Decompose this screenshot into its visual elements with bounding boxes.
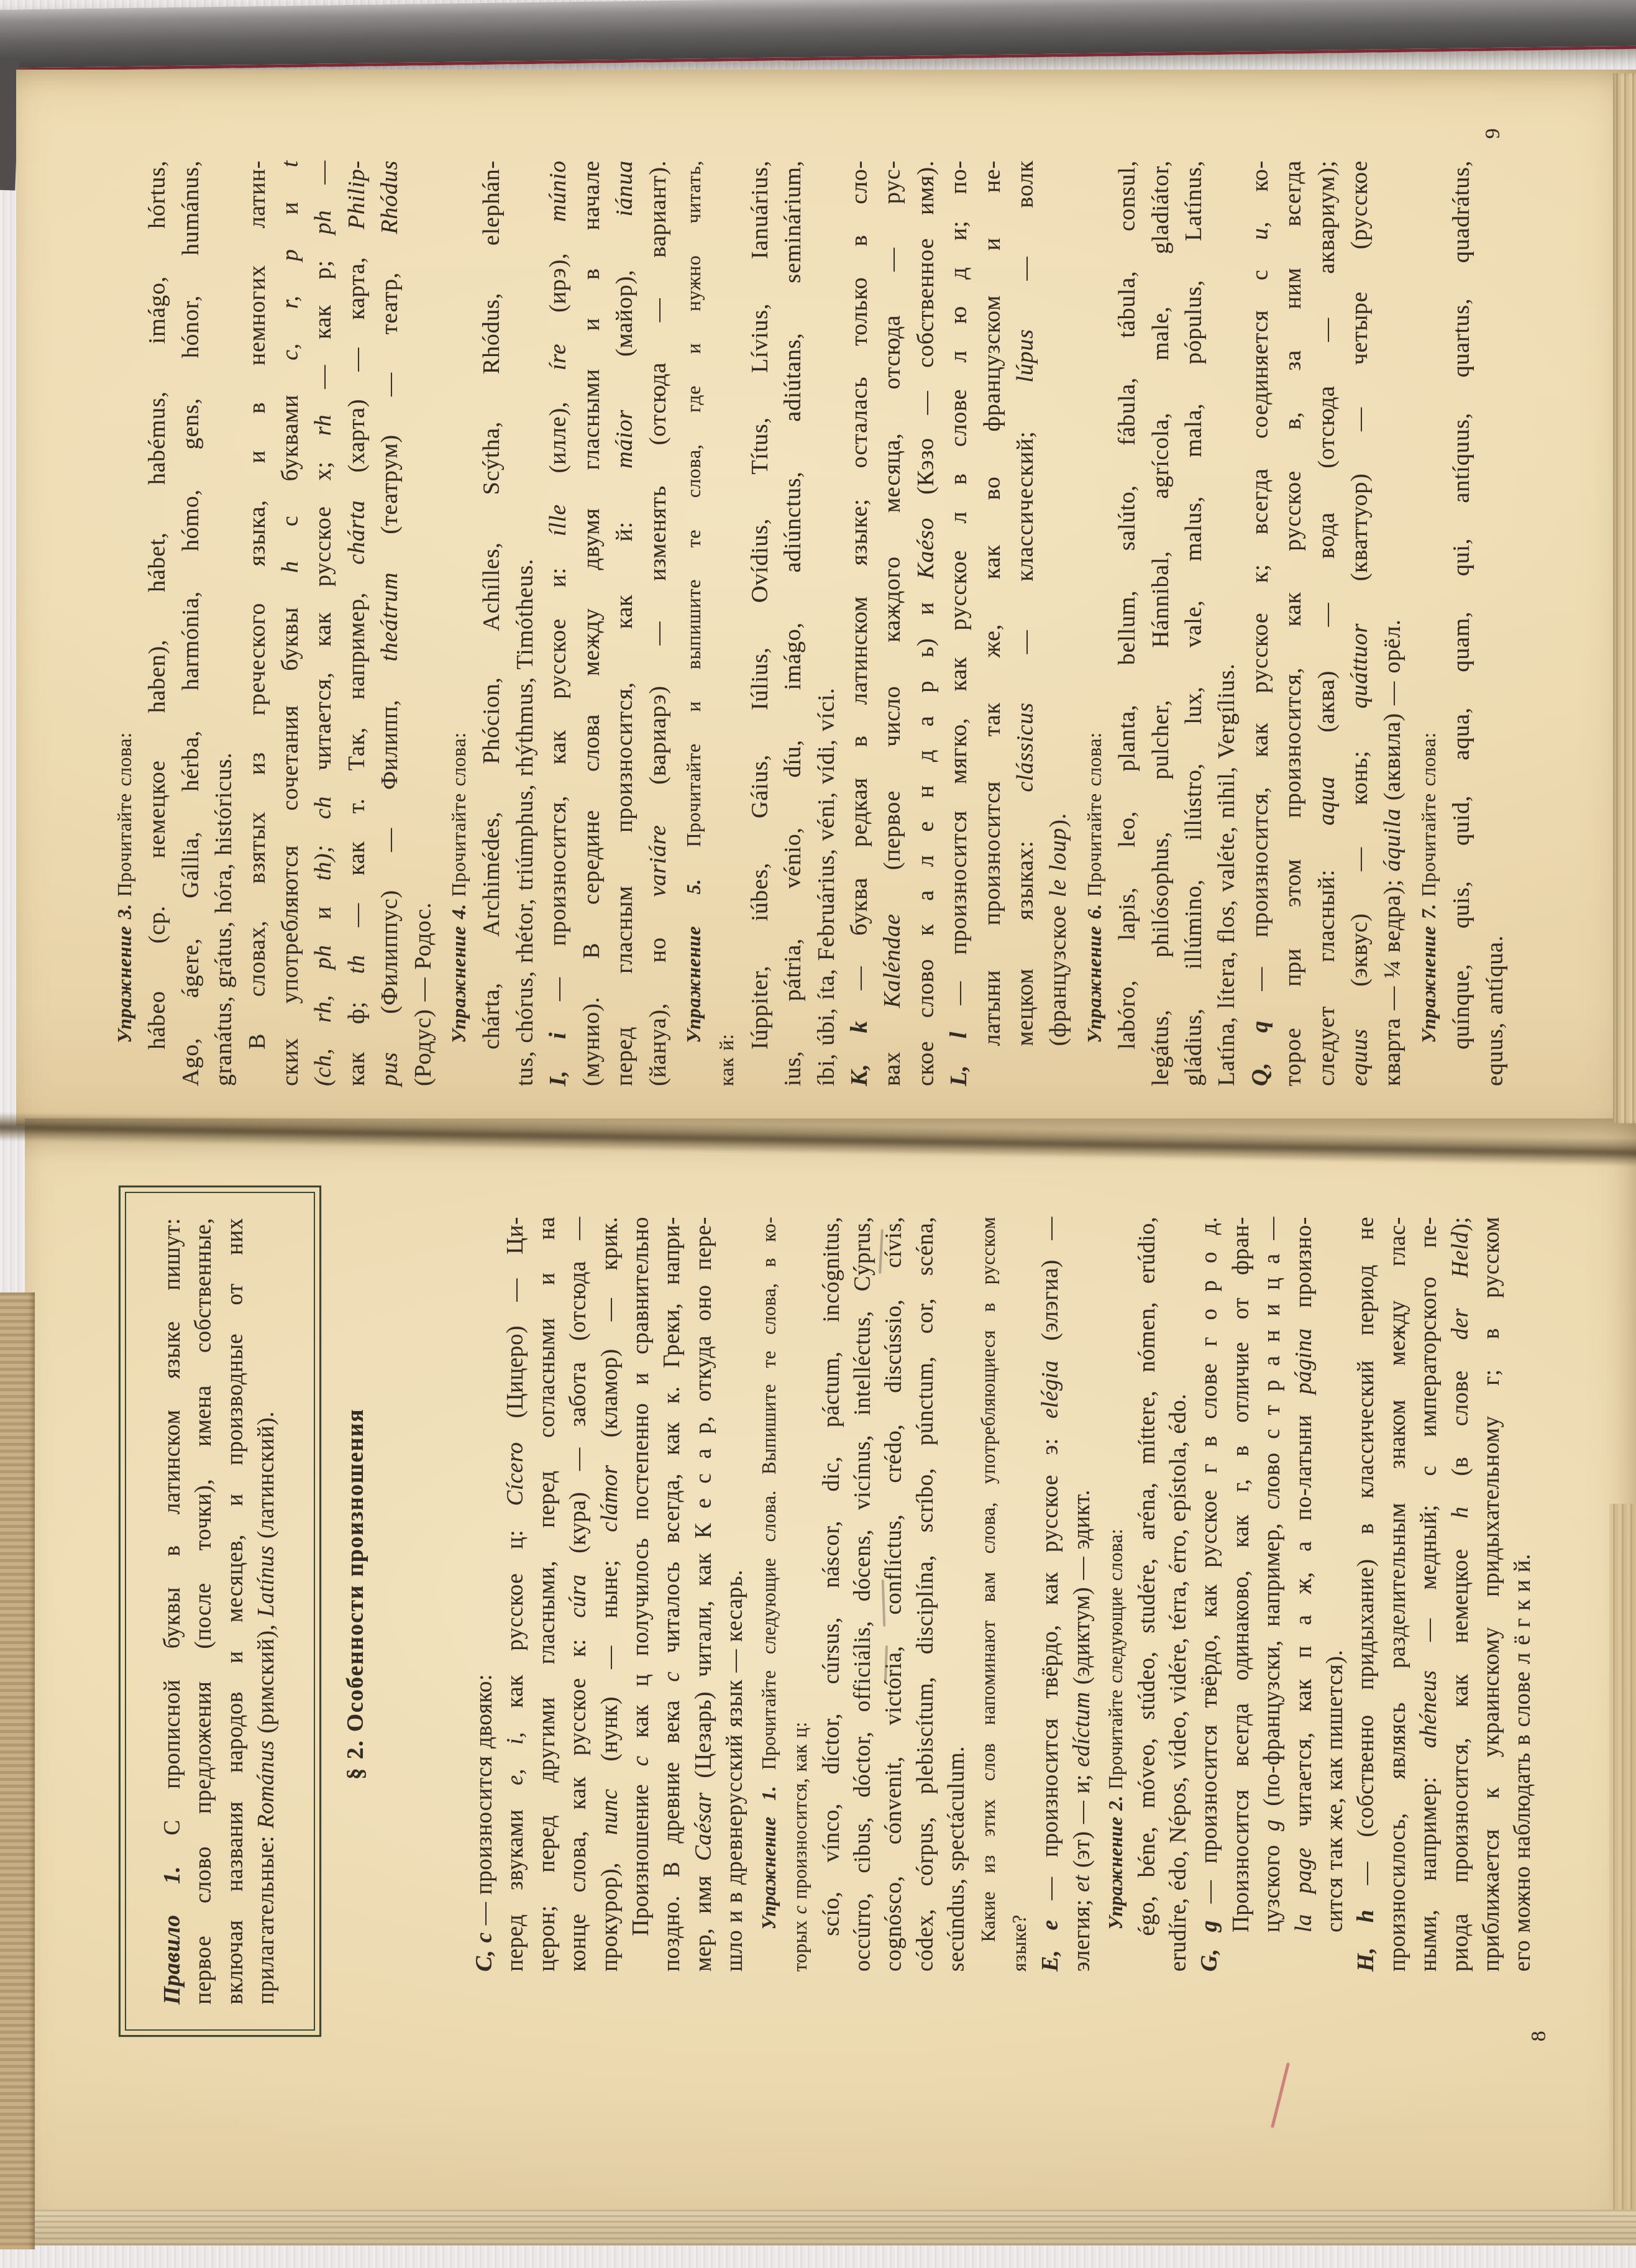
text-line: торых c произносится, как ц: <box>785 1217 816 1972</box>
text-line: ными, например: ahéneus — медный; с импе… <box>1414 1217 1445 1972</box>
text-line: Iúppiter, iúbes, Gáius, Iúlius, Ovídius,… <box>744 160 777 1086</box>
text-line: В словах, взятых из греческого языка, и … <box>241 160 274 1086</box>
text-line: мер, имя Caésar (Цезарь) читали, как К е… <box>688 1217 720 1972</box>
text-line: шло и в древнерусский язык — кесарь. <box>720 1217 751 1972</box>
text-line: латыни произносится так же, как во франц… <box>976 160 1009 1086</box>
text-line: E, e — произносится твёрдо, как русское … <box>1035 1217 1066 1972</box>
text-line: Упражнение 7. Прочитайте слова: <box>1412 160 1445 1086</box>
text-line: Упражнение 4. Прочитайте слова: <box>442 160 475 1086</box>
page-9-text-block: Упражнение 3. Прочитайте слова:hábeo (ср… <box>106 160 1535 1086</box>
text-line: Правило 1. С прописной буквы в латинском… <box>157 1218 188 2005</box>
page-8-text-block: Правило 1. С прописной буквы в латинском… <box>115 1217 1581 1972</box>
text-line: включая названия народов и месяцев, и пр… <box>220 1218 251 2005</box>
text-line: Упражнение 5. Прочитайте и выпишите те с… <box>677 160 710 1086</box>
text-line: риода произносится, как немецкое h (в сл… <box>1445 1217 1476 1972</box>
text-line: íbi, úbi, íta, Februárius, véni, vídi, v… <box>810 160 843 1086</box>
photo-of-open-book: { "colors": { "paper": "#ecd9ae", "ink":… <box>0 0 1636 2268</box>
text-line: erudíre, édo, Népos, vídeo, vidére, térr… <box>1163 1217 1194 1972</box>
text-line: equus (эквус) — конь; quáttuor (кваттуор… <box>1343 160 1376 1086</box>
text-line: Упражнение 3. Прочитайте слова: <box>108 160 141 1086</box>
text-line: элегия; et (эт) — и; edíctum (эдиктум) —… <box>1067 1217 1098 1972</box>
text-line: H, h — (собственно придыхание) в классич… <box>1351 1217 1382 1972</box>
text-line: конце слова, как русское к: cúra (кура) … <box>563 1217 594 1972</box>
rule-1-box-inner: Правило 1. С прописной буквы в латинском… <box>125 1192 315 2031</box>
text-line: códex, córpus, plebiscítum, disciplína, … <box>910 1217 941 1972</box>
text-line: Ago, ágere, Gállia, hérba, harmónia, hóm… <box>175 160 208 1086</box>
text-line: equus, antíqua. <box>1479 160 1512 1086</box>
text-line: chárta, Archimédes, Phócion, Achílles, S… <box>475 160 508 1086</box>
text-line: Упражнение 2. Прочитайте следующие слова… <box>1100 1217 1131 1972</box>
text-line: следует гласный: aqua (аква) — вода (отс… <box>1310 160 1343 1086</box>
text-line: как й: <box>710 160 743 1086</box>
text-line: прилагательные: Románus (римский), Latín… <box>251 1218 282 2005</box>
text-line: hábeo (ср. немецкое haben), hábet, habém… <box>141 160 174 1086</box>
text-line: K, k — буква редкая в латинском языке; о… <box>843 160 876 1086</box>
text-line: Какие из этих слов напоминают вам слова,… <box>973 1217 1004 1972</box>
text-line: secúndus, spectáculum. <box>941 1217 972 1972</box>
text-line: поздно. В древние века c читалось всегда… <box>657 1217 688 1972</box>
text-line: первое слово предложения (после точки), … <box>188 1218 219 2005</box>
text-line: Упражнение 6. Прочитайте слова: <box>1078 160 1111 1086</box>
text-line: Q, q — произносится, как русское к; всег… <box>1244 160 1277 1086</box>
text-line: la page читается, как п а ж, а по-латыни… <box>1289 1217 1320 1972</box>
rule-1-box: Правило 1. С прописной буквы в латинском… <box>119 1186 321 2037</box>
text-line: I, i — произносится, как русское и: ílle… <box>542 160 575 1086</box>
text-line: цузского g (по-французски, например, сло… <box>1257 1217 1288 1972</box>
text-line: торое при этом произносится, как русское… <box>1277 160 1310 1086</box>
book-bottom-edge <box>35 2210 1636 2246</box>
text-line: сится так же, как пишется). <box>1320 1217 1351 1972</box>
text-line: вах Kaléndae (первое число каждого месяц… <box>876 160 909 1086</box>
text-line: произносилось, являясь разделительным зн… <box>1382 1217 1414 1972</box>
text-line: L, l — произносится мягко, как русское л… <box>943 160 976 1086</box>
text-line: quínque, quis, quid, aqua, quam, qui, an… <box>1445 160 1478 1086</box>
text-line: перед звуками e, i, как русское ц: Cícer… <box>500 1217 531 1972</box>
text-line: § 2. Особенности произношения <box>340 1217 371 1972</box>
text-line: (Родус) — Родос. <box>407 160 440 1086</box>
text-line: Произносится всегда одинаково, как г, в … <box>1226 1217 1257 1972</box>
text-line: церон; перед другими гласными, перед сог… <box>532 1217 563 1972</box>
page-number-9: 9 <box>1478 118 1509 149</box>
text-line: перед гласным произносится, как й: máior… <box>608 160 641 1086</box>
text-line: языке? <box>1004 1217 1035 1972</box>
text-line: его можно наблюдать в слове л ё г к и й. <box>1507 1217 1538 1972</box>
text-line: tus, chórus, rhétor, triúmphus, rhýthmus… <box>509 160 542 1086</box>
text-line: кварта — ¼ ведра); áquila (аквила) — орё… <box>1376 160 1409 1086</box>
text-line: Упражнение 1. Прочитайте следующие слова… <box>754 1217 785 1972</box>
text-line: приближается к украинскому придыхательно… <box>1476 1217 1507 1972</box>
text-line: pus (Филиппус) — Филипп, theátrum (театр… <box>373 160 406 1086</box>
book-cover-top-edge <box>0 0 1636 71</box>
text-line: gládius, illúmino, illústro, lux, vale, … <box>1177 160 1210 1086</box>
text-line: granátus, grátus, hóra, históricus. <box>208 160 240 1086</box>
text-line: C, c — произносится двояко: <box>469 1217 500 1972</box>
page-fore-edge-bottom <box>1609 1504 1636 2237</box>
text-line: как ф; th — как т. Так, например, chárta… <box>340 160 373 1086</box>
book-spine-edge <box>0 1292 35 2249</box>
text-line: (французское le loup). <box>1042 160 1075 1086</box>
text-line: прокурор), nunc (нунк) — ныне; clámor (к… <box>595 1217 626 1972</box>
text-line: мецком языках: clássicus — классический;… <box>1009 160 1042 1086</box>
page-fore-edge-top <box>1613 73 1636 1123</box>
text-line: (йануа), но variáre (вариарэ) — изменять… <box>642 160 675 1086</box>
text-line: G, g — произносится твёрдо, как русское … <box>1194 1217 1225 1972</box>
text-line: ius, pátria, vénio, díu, imágo, adiúnctu… <box>777 160 810 1086</box>
text-line: occúrro, cibus, dóctor, officiális, dóce… <box>848 1217 879 1972</box>
text-line: égo, béne, móveo, stúdeo, studére, aréna… <box>1132 1217 1163 1972</box>
page-number-8: 8 <box>1524 2021 1555 2052</box>
text-line: labóro, lapis, leo, planta, bellum, salú… <box>1111 160 1144 1086</box>
text-line: (ch, rh, ph и th); ch читается, как русс… <box>307 160 340 1086</box>
text-line: Произношение c как ц получилось постепен… <box>626 1217 657 1972</box>
text-line: ское слово к а л е н д а р ь) и Kaéso (К… <box>910 160 943 1086</box>
text-line: legátus, philósophus, pulcher, Hánnibal,… <box>1145 160 1177 1086</box>
text-line: scío, vínco, díctor, cúrsus, náscor, dic… <box>816 1217 848 1972</box>
text-line: ских употребляются сочетания буквы h с б… <box>274 160 307 1086</box>
text-line: Latína, lítera, flos, valéte, nihil, Ver… <box>1210 160 1243 1086</box>
text-line: (мунио). В середине слова между двумя гл… <box>575 160 608 1086</box>
